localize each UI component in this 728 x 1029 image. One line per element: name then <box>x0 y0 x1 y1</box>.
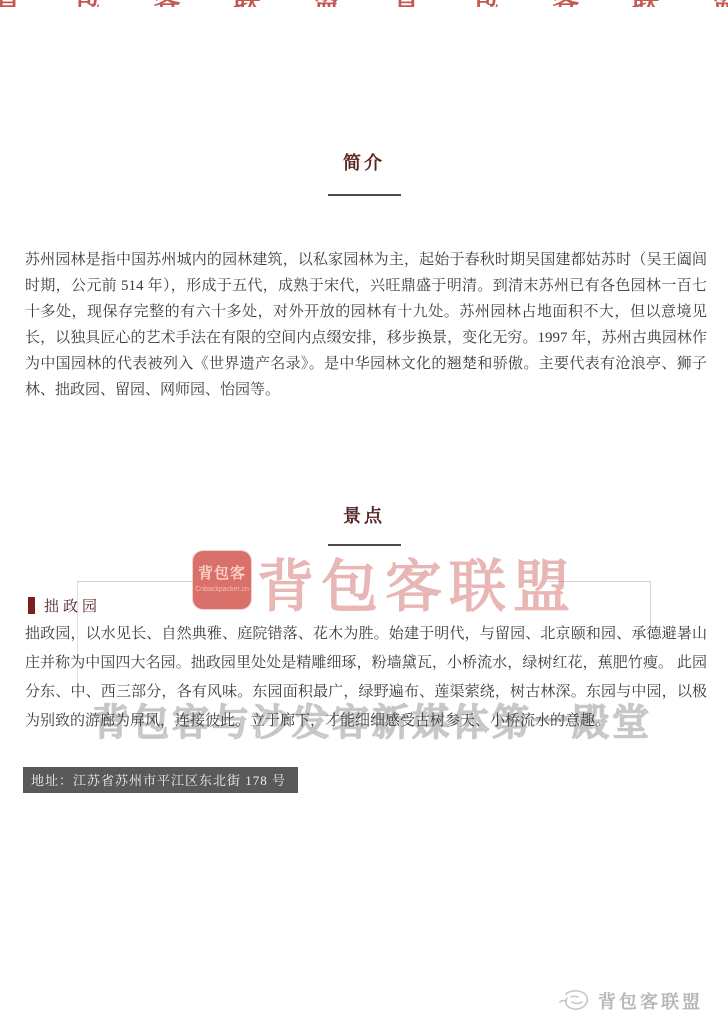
footer-brand-text: 背包客联盟 <box>598 988 703 1014</box>
spots-section-title: 景点 <box>0 502 728 528</box>
address-bar: 地址：江苏省苏州市平江区东北街 178 号 <box>23 767 298 793</box>
document-page: 背 包 客 联 盟 背 包 客 联 盟 背 包 客 联 盟 简介 苏州园林是指中… <box>0 0 728 1029</box>
logo-stamp-text: 背包客 <box>193 562 251 583</box>
logo-stamp-url: Cnbackpacker.cn <box>193 586 251 593</box>
intro-title-divider <box>328 194 401 196</box>
footer-brand-watermark: 背包客联盟 <box>556 988 703 1014</box>
backpacker-logo-icon <box>556 988 592 1014</box>
frame-line-top-left <box>77 581 193 582</box>
red-tick-bar <box>28 597 35 614</box>
backpacker-logo-stamp: 背包客 Cnbackpacker.cn <box>193 551 251 609</box>
center-watermark-text: 背包客联盟 <box>257 541 577 623</box>
intro-paragraph: 苏州园林是指中国苏州城内的园林建筑，以私家园林为主，起始于春秋时期吴国建都姑苏时… <box>25 247 707 403</box>
garden-paragraph: 拙政园，以水见长、自然典雅、庭院错落、花木为胜。始建于明代，与留园、北京颐和园、… <box>25 620 707 736</box>
top-clipped-watermark: 背 包 客 联 盟 背 包 客 联 盟 背 包 客 联 盟 <box>0 0 728 7</box>
garden-name: 拙政园 <box>44 595 101 616</box>
garden-subsection-header: 拙政园 <box>28 595 101 616</box>
intro-section-title: 简介 <box>0 149 728 175</box>
